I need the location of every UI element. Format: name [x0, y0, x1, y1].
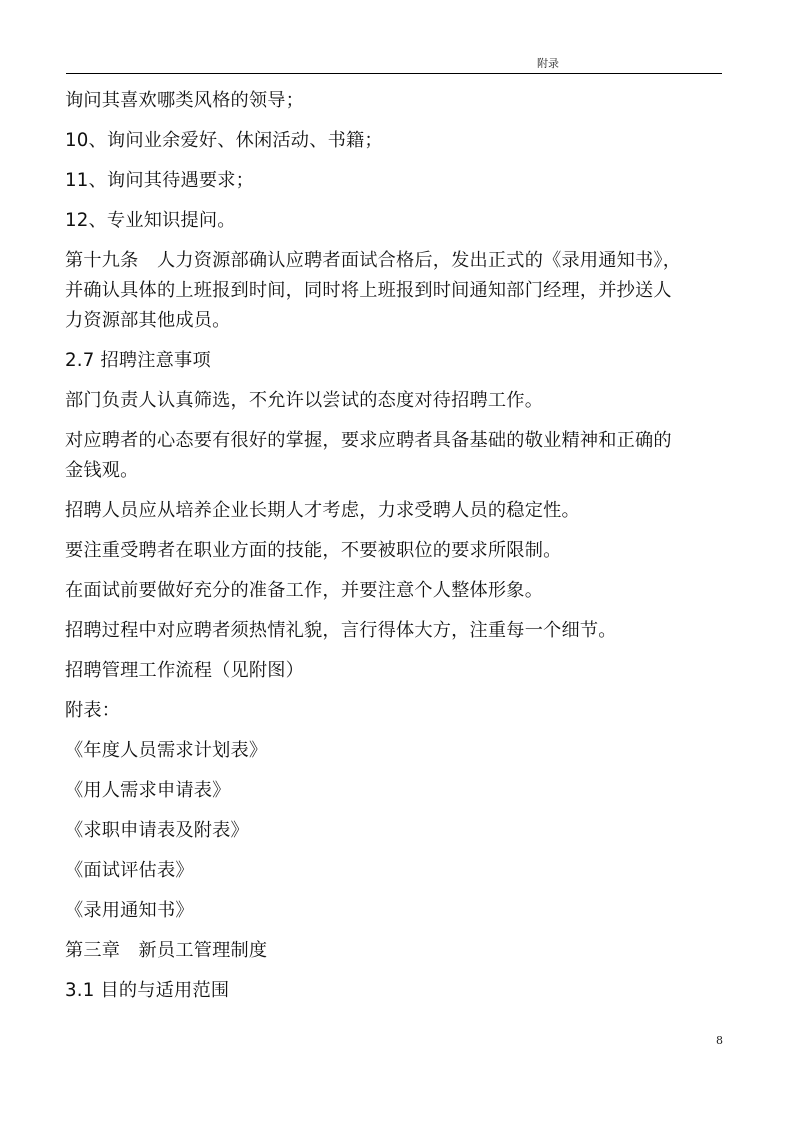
paragraph: 11、询问其待遇要求；: [65, 166, 725, 196]
text-line: 2.7 招聘注意事项: [65, 346, 725, 376]
text-line: 《用人需求申请表》: [65, 776, 725, 806]
paragraph: 要注重受聘者在职业方面的技能，不要被职位的要求所限制。: [65, 536, 725, 566]
page-number: 8: [716, 1034, 723, 1047]
paragraph: 对应聘者的心态要有很好的掌握，要求应聘者具备基础的敬业精神和正确的 金钱观。: [65, 426, 725, 486]
appendix-label: 附表：: [65, 696, 725, 726]
appendix-item: 《求职申请表及附表》: [65, 816, 725, 846]
text-line: 《录用通知书》: [65, 896, 725, 926]
text-line: 询问其喜欢哪类风格的领导；: [65, 86, 725, 116]
appendix-item: 《面试评估表》: [65, 856, 725, 886]
text-line: 招聘过程中对应聘者须热情礼貌，言行得体大方，注重每一个细节。: [65, 616, 725, 646]
paragraph: 部门负责人认真筛选，不允许以尝试的态度对待招聘工作。: [65, 386, 725, 416]
text-line: 第十九条 人力资源部确认应聘者面试合格后，发出正式的《录用通知书》，: [65, 246, 725, 276]
header-rule: [66, 73, 722, 74]
appendix-item: 《年度人员需求计划表》: [65, 736, 725, 766]
text-line: 力资源部其他成员。: [65, 306, 725, 336]
article-19-paragraph: 第十九条 人力资源部确认应聘者面试合格后，发出正式的《录用通知书》， 并确认具体…: [65, 246, 725, 336]
text-line: 金钱观。: [65, 456, 725, 486]
chapter-heading: 第三章 新员工管理制度: [65, 936, 725, 966]
text-line: 附表：: [65, 696, 725, 726]
text-line: 12、专业知识提问。: [65, 206, 725, 236]
running-header: 附录: [537, 55, 559, 71]
text-line: 部门负责人认真筛选，不允许以尝试的态度对待招聘工作。: [65, 386, 725, 416]
section-heading: 3.1 目的与适用范围: [65, 976, 725, 1006]
appendix-item: 《录用通知书》: [65, 896, 725, 926]
paragraph: 招聘人员应从培养企业长期人才考虑，力求受聘人员的稳定性。: [65, 496, 725, 526]
appendix-item: 《用人需求申请表》: [65, 776, 725, 806]
text-line: 11、询问其待遇要求；: [65, 166, 725, 196]
section-heading: 2.7 招聘注意事项: [65, 346, 725, 376]
paragraph: 询问其喜欢哪类风格的领导；: [65, 86, 725, 116]
paragraph: 12、专业知识提问。: [65, 206, 725, 236]
paragraph: 招聘管理工作流程（见附图）: [65, 656, 725, 686]
text-line: 对应聘者的心态要有很好的掌握，要求应聘者具备基础的敬业精神和正确的: [65, 426, 725, 456]
text-line: 10、询问业余爱好、休闲活动、书籍；: [65, 126, 725, 156]
text-line: 招聘人员应从培养企业长期人才考虑，力求受聘人员的稳定性。: [65, 496, 725, 526]
text-line: 《求职申请表及附表》: [65, 816, 725, 846]
text-line: 《年度人员需求计划表》: [65, 736, 725, 766]
text-line: 在面试前要做好充分的准备工作，并要注意个人整体形象。: [65, 576, 725, 606]
text-line: 《面试评估表》: [65, 856, 725, 886]
text-line: 要注重受聘者在职业方面的技能，不要被职位的要求所限制。: [65, 536, 725, 566]
paragraph: 10、询问业余爱好、休闲活动、书籍；: [65, 126, 725, 156]
text-line: 招聘管理工作流程（见附图）: [65, 656, 725, 686]
text-line: 第三章 新员工管理制度: [65, 936, 725, 966]
text-line: 3.1 目的与适用范围: [65, 976, 725, 1006]
document-body: 询问其喜欢哪类风格的领导； 10、询问业余爱好、休闲活动、书籍； 11、询问其待…: [65, 86, 725, 1006]
text-line: 并确认具体的上班报到时间，同时将上班报到时间通知部门经理，并抄送人: [65, 276, 725, 306]
paragraph: 招聘过程中对应聘者须热情礼貌，言行得体大方，注重每一个细节。: [65, 616, 725, 646]
paragraph: 在面试前要做好充分的准备工作，并要注意个人整体形象。: [65, 576, 725, 606]
